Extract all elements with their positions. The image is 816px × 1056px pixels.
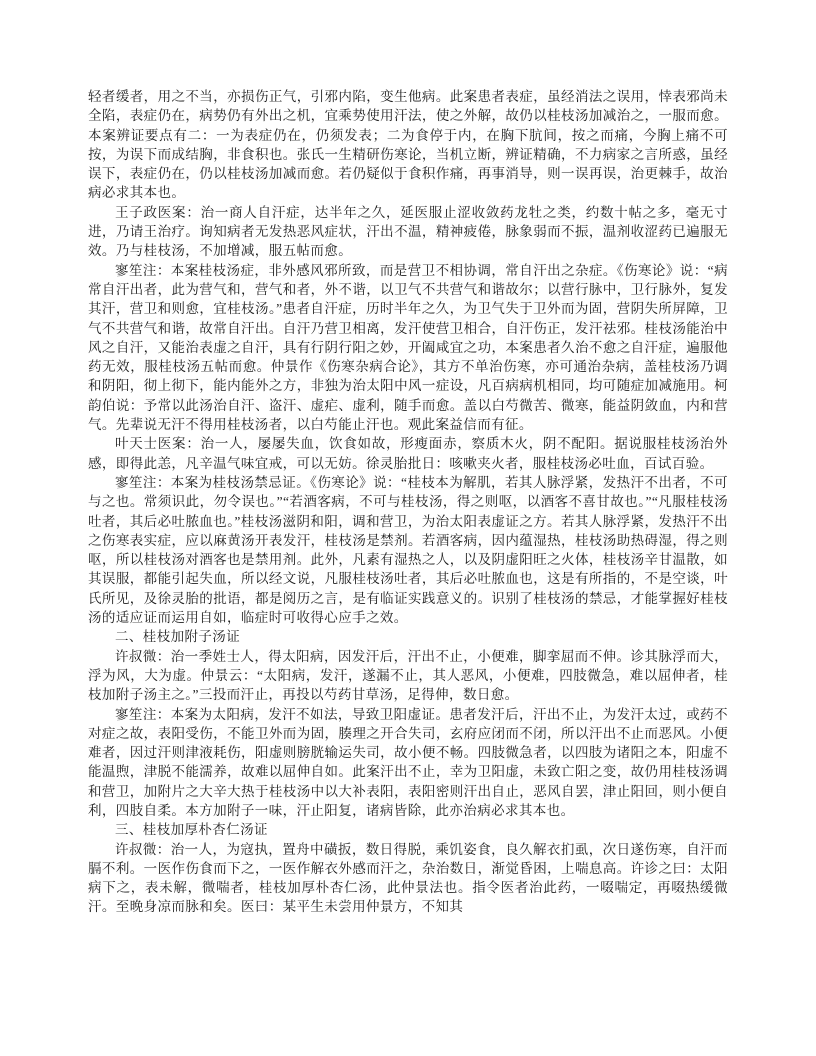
paragraph-liaosheng-note-3: 寥笙注：本案为太阳病，发汗不如法，导致卫阳虚证。患者发汗后，汗出不止，为发汗太过… [88,705,728,821]
section-heading-guizhi-jia-houpo-xingren: 三、桂枝加厚朴杏仁汤证 [88,820,728,839]
paragraph-ye-tianshi-case: 叶天士医案：治一人，屡屡失血，饮食如故，形瘦面赤，察质木火，阴不配阳。据说服桂枝… [88,434,728,473]
section-heading-guizhi-jia-fuzi: 二、桂枝加附子汤证 [88,627,728,646]
paragraph-continuation: 轻者缓者，用之不当，亦损伤正气，引邪内陷，变生他病。此案患者表症，虽经消法之误用… [88,87,728,203]
paragraph-liaosheng-note-2: 寥笙注：本案为桂枝汤禁忌证。《伤寒论》说：“桂枝本为解肌，若其人脉浮紧，发热汗不… [88,473,728,627]
paragraph-liaosheng-note-1: 寥笙注：本案桂枝汤症，非外感风邪所致，而是营卫不相协调，常自汗出之杂症。《伤寒论… [88,261,728,435]
document-page: 轻者缓者，用之不当，亦损伤正气，引邪内陷，变生他病。此案患者表症，虽经消法之误用… [0,0,816,1056]
paragraph-xu-shuwei-case-2: 许叔微：治一人，为寇执，置舟中磺扳，数日得脱，乘饥姿食，良久解衣扪虱，次日遂伤寒… [88,840,728,917]
paragraph-xu-shuwei-case-1: 许叔微：治一季姓士人，得太阳病，因发汗后，汗出不止，小便难，脚挛屈而不伸。诊其脉… [88,647,728,705]
paragraph-wang-zizheng-case: 王子政医案：治一商人自汗症，达半年之久，延医服止涩收敛药龙牡之类，约数十帖之多，… [88,203,728,261]
text-column: 轻者缓者，用之不当，亦损伤正气，引邪内陷，变生他病。此案患者表症，虽经消法之误用… [88,87,728,917]
